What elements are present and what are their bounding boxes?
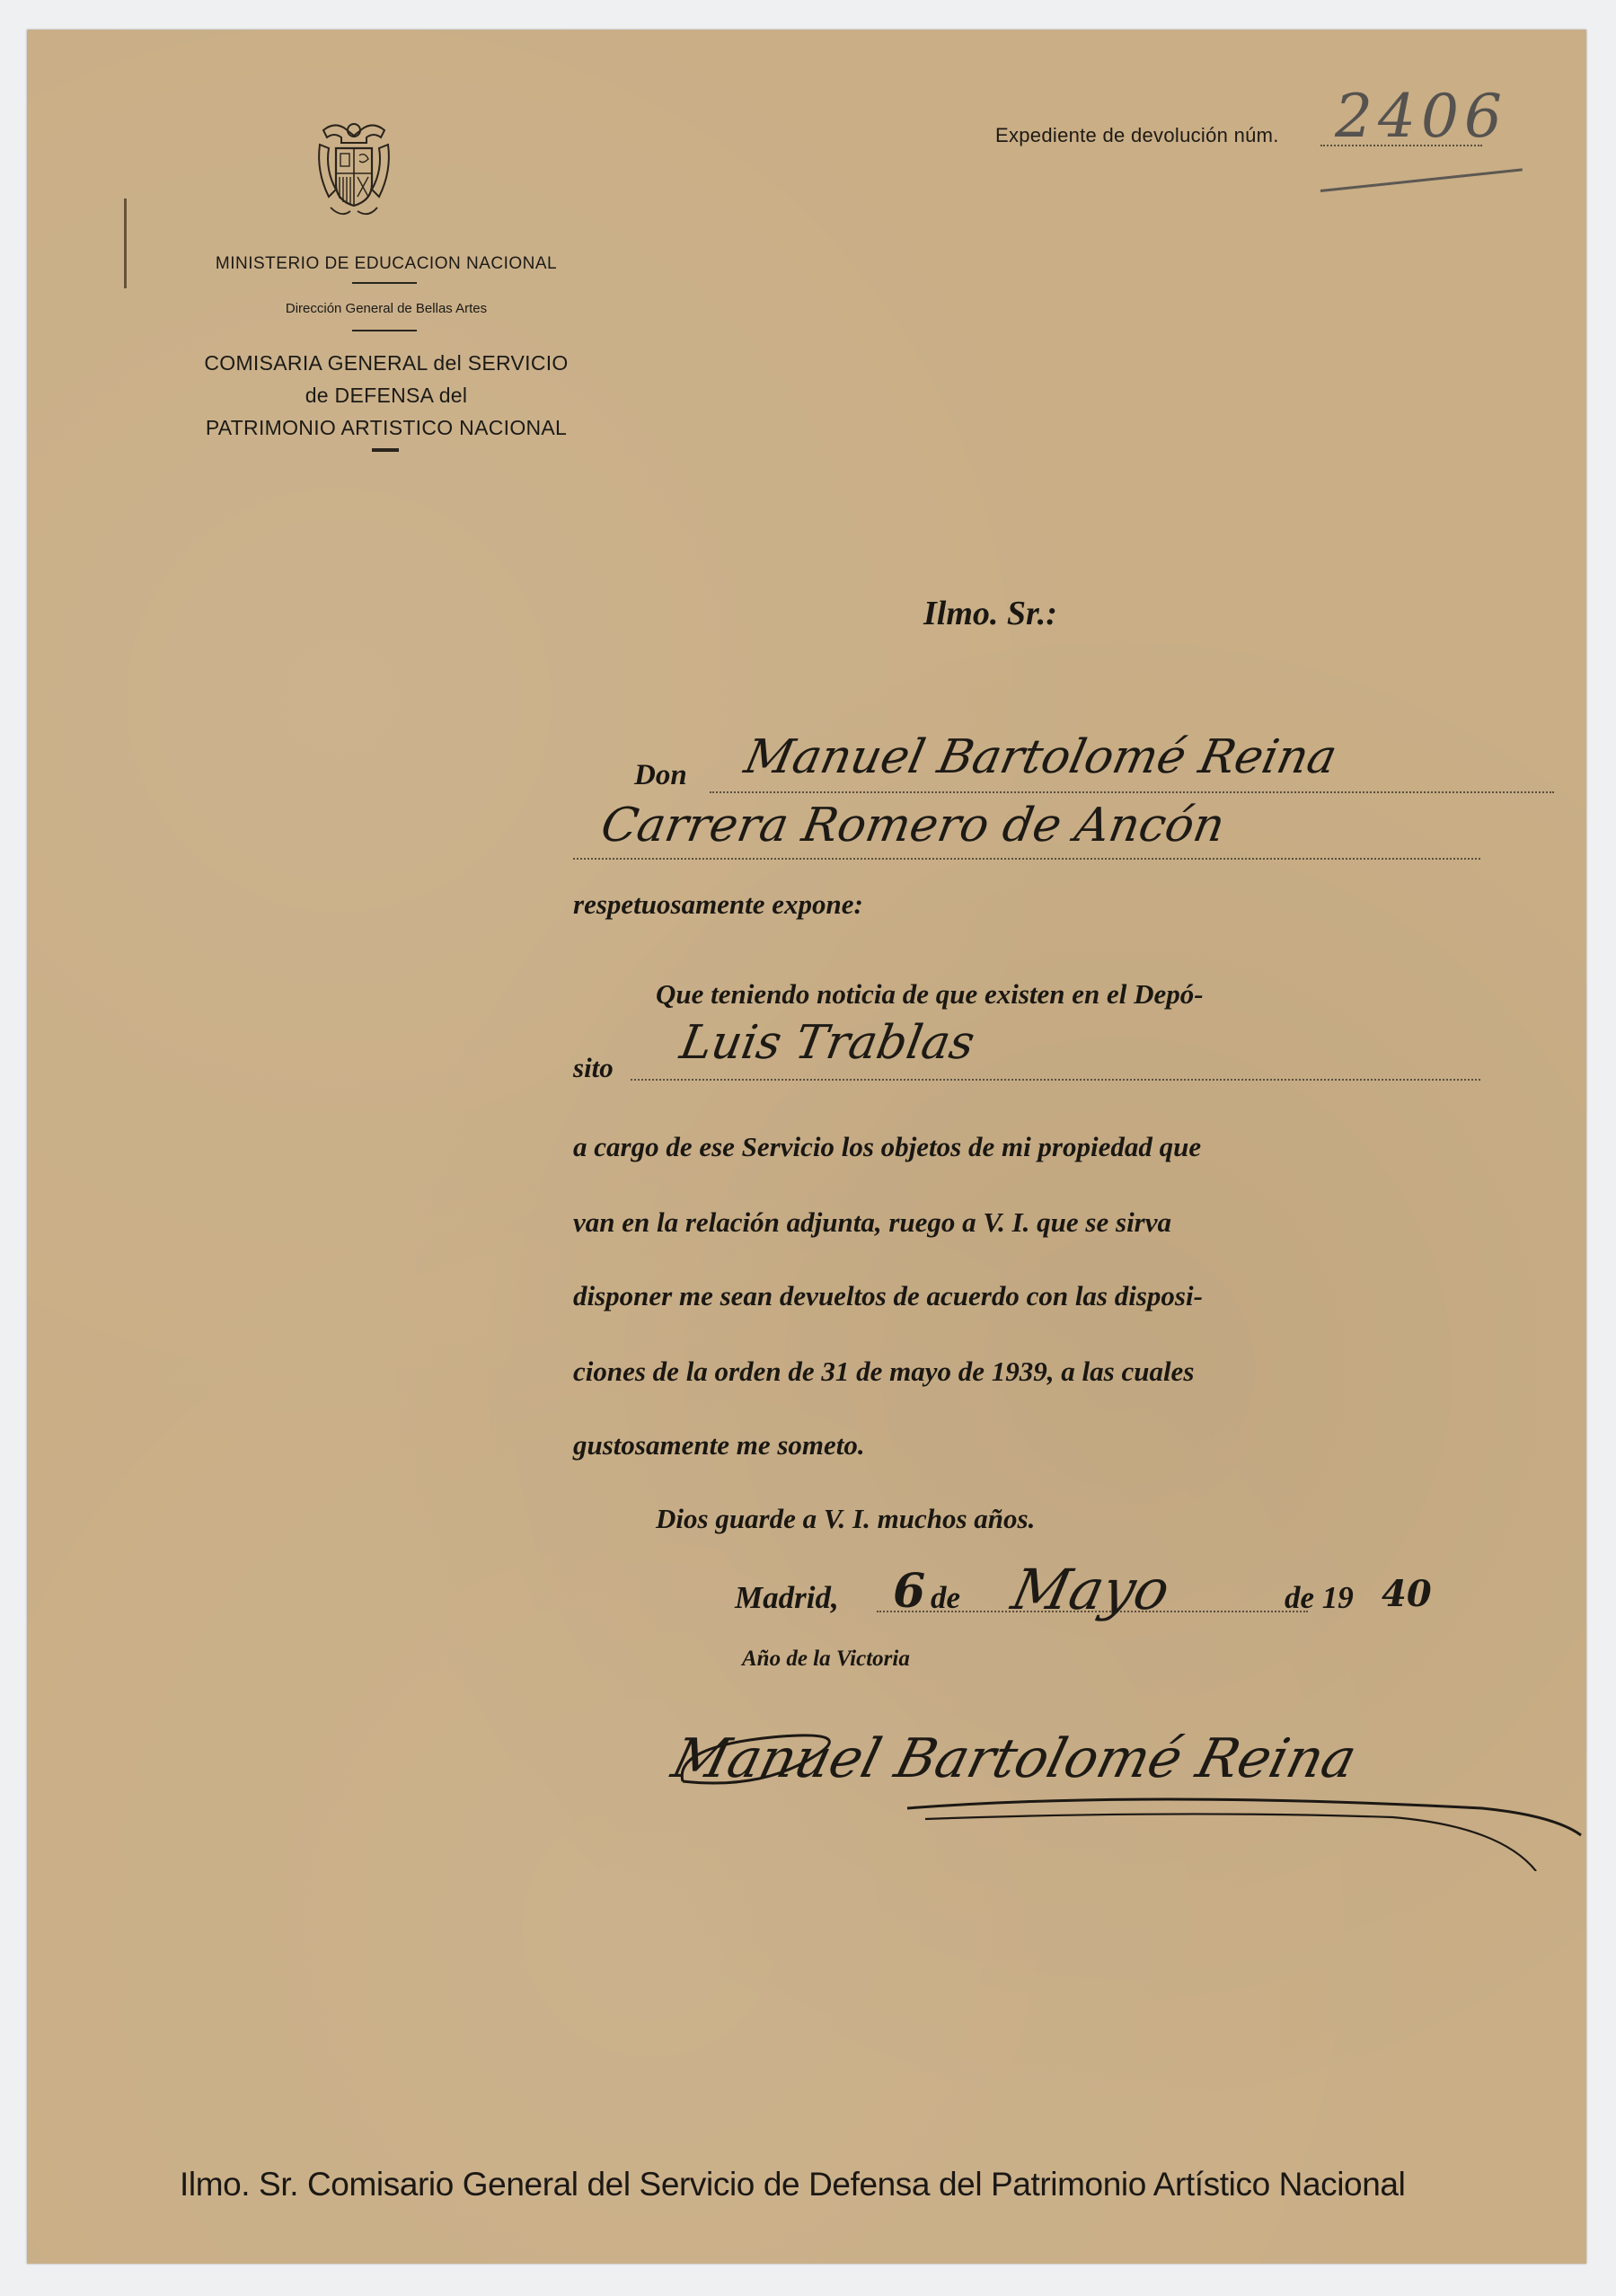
name-dotted-field [710, 791, 1554, 793]
footer-addressee: Ilmo. Sr. Comisario General del Servicio… [180, 2166, 1405, 2203]
expone-line: respetuosamente expone: [573, 888, 863, 921]
closing-line: Dios guarde a V. I. muchos años. [656, 1503, 1035, 1535]
date-city: Madrid, [735, 1580, 839, 1616]
letterhead-ministry: MINISTERIO DE EDUCACION NACIONAL [162, 254, 611, 274]
body-line-7: gustosamente me someto. [573, 1429, 865, 1461]
salutation: Ilmo. Sr.: [923, 594, 1057, 633]
comisaria-line: de DEFENSA del [162, 379, 611, 411]
body-line-5: disponer me sean devueltos de acuerdo co… [573, 1280, 1203, 1312]
expediente-label: Expediente de devolución núm. [995, 124, 1279, 147]
signature: Manuel Bartolomé Reina [666, 1727, 1363, 1790]
date-de-label: de [931, 1580, 960, 1616]
date-year-handwritten: 40 [1382, 1573, 1432, 1615]
comisaria-line: COMISARIA GENERAL del SERVICIO [162, 347, 611, 379]
date-month-handwritten: Mayo [1006, 1557, 1175, 1622]
body-line-4: van en la relación adjunta, ruego a V. I… [573, 1206, 1171, 1239]
don-label: Don [634, 759, 687, 792]
body-line-1: Que teniendo noticia de que existen en e… [656, 978, 1204, 1011]
comisaria-line: PATRIMONIO ARTISTICO NACIONAL [162, 411, 611, 444]
document-page: MINISTERIO DE EDUCACION NACIONAL Direcci… [27, 30, 1586, 2264]
coat-of-arms-icon [314, 118, 393, 225]
letterhead-direction: Dirección General de Bellas Artes [162, 301, 611, 316]
date-day-handwritten: 6 [893, 1564, 925, 1619]
address-dotted-field [573, 858, 1480, 860]
deposito-label: sito [573, 1052, 614, 1084]
petitioner-name-handwritten: Manuel Bartolomé Reina [740, 730, 1342, 784]
date-year-prefix: de 19 [1285, 1580, 1354, 1616]
petitioner-address-handwritten: Carrera Romero de Ancón [597, 799, 1229, 852]
expediente-underline [1320, 168, 1523, 192]
body-line-3: a cargo de ese Servicio los objetos de m… [573, 1131, 1201, 1163]
letterhead-end-rule [372, 448, 399, 452]
deposito-dotted-field [631, 1079, 1480, 1081]
year-caption: Año de la Victoria [742, 1647, 910, 1672]
expediente-number: 2406 [1335, 82, 1507, 151]
letterhead-divider [352, 330, 417, 331]
letterhead-divider [352, 282, 417, 284]
margin-pencil-mark [124, 199, 127, 288]
deposito-handwritten: Luis Trablas [676, 1016, 979, 1070]
body-line-6: ciones de la orden de 31 de mayo de 1939… [573, 1356, 1194, 1388]
letterhead-comisaria: COMISARIA GENERAL del SERVICIO de DEFENS… [162, 347, 611, 444]
